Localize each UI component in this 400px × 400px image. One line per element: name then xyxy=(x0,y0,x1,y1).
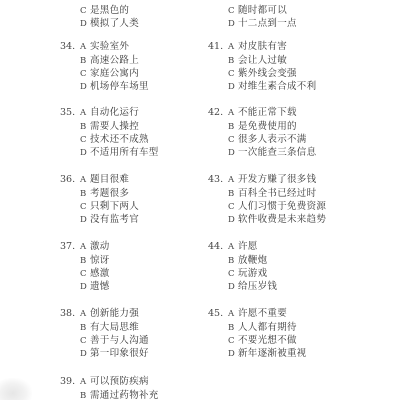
option-d: D没有监考官 xyxy=(80,213,139,226)
option-letter: D xyxy=(228,81,238,94)
option-b: B惊讶 xyxy=(80,254,110,267)
option-letter: D xyxy=(80,81,90,94)
question-number: 42. xyxy=(208,106,223,119)
option-text: 第一印象很好 xyxy=(90,348,149,359)
option-letter: D xyxy=(228,147,238,160)
option-text: 许愿 xyxy=(238,241,258,252)
option-text: 创新能力强 xyxy=(90,308,139,319)
option-text: 很多人表示不满 xyxy=(238,134,307,145)
option-a: A对皮肤有害 xyxy=(228,40,287,53)
question-number: 38. xyxy=(60,307,75,320)
option-text: 开发方赚了很多钱 xyxy=(238,174,316,185)
option-text: 十二点到一点 xyxy=(238,18,297,29)
option-b: B考题很多 xyxy=(80,187,129,200)
option-b: B是免费使用的 xyxy=(228,120,297,133)
option-text: 技术还不成熟 xyxy=(90,134,149,145)
option-c: C紫外线会变强 xyxy=(228,67,297,80)
option-text: 模拟了人类 xyxy=(90,18,139,29)
option-text: 对维生素合成不利 xyxy=(238,81,316,92)
question-number: 41. xyxy=(208,40,223,53)
option-text: 一次能查三条信息 xyxy=(238,147,316,158)
option-letter: A xyxy=(80,107,90,120)
option-d: D新年逐渐被重视 xyxy=(228,347,307,360)
option-text: 实验室外 xyxy=(90,41,129,52)
option-text: 软件收费是未来趋势 xyxy=(238,214,326,225)
option-text: 需通过药物补充 xyxy=(90,390,159,400)
option-text: 新年逐渐被重视 xyxy=(238,348,307,359)
option-letter: D xyxy=(228,281,238,294)
option-c: C感激 xyxy=(80,267,110,280)
option-d: D遗憾 xyxy=(80,280,110,293)
exam-page: C是黑色的 D模拟了人类 34. A实验室外 B高速公路上 C家庭公寓内 D机场… xyxy=(0,0,400,400)
option-c: C家庭公寓内 xyxy=(80,67,139,80)
option-text: 遗憾 xyxy=(90,281,110,292)
option-text: 不能正常下载 xyxy=(238,107,297,118)
option-letter: A xyxy=(80,241,90,254)
question-number: 37. xyxy=(60,240,75,253)
option-text: 是黑色的 xyxy=(90,5,129,16)
option-letter: A xyxy=(228,241,238,254)
option-text: 放鞭炮 xyxy=(238,255,267,266)
option-b: B高速公路上 xyxy=(80,54,139,67)
option-a: A实验室外 xyxy=(80,40,129,53)
option-text: 没有监考官 xyxy=(90,214,139,225)
option-letter: D xyxy=(228,18,238,31)
option-letter: D xyxy=(80,348,90,361)
option-c: C善于与人沟通 xyxy=(80,334,149,347)
option-c: C很多人表示不满 xyxy=(228,133,307,146)
option-letter: A xyxy=(80,376,90,389)
option-text: 善于与人沟通 xyxy=(90,335,149,346)
option-text: 考题很多 xyxy=(90,188,129,199)
option-b: B放鞭炮 xyxy=(228,254,267,267)
option-text: 可以预防疾病 xyxy=(90,376,149,387)
option-c: C不要光想不做 xyxy=(228,334,297,347)
option-a: A题目很难 xyxy=(80,173,129,186)
option-text: 自动化运行 xyxy=(90,107,139,118)
option-b: B需要人操控 xyxy=(80,120,139,133)
option-text: 给压岁钱 xyxy=(238,281,277,292)
option-letter: D xyxy=(228,348,238,361)
option-letter: B xyxy=(80,390,90,400)
option-text: 不适用所有车型 xyxy=(90,147,159,158)
option-text: 家庭公寓内 xyxy=(90,68,139,79)
option-c: C是黑色的 xyxy=(80,4,129,17)
option-d: D给压岁钱 xyxy=(228,280,277,293)
option-text: 对皮肤有害 xyxy=(238,41,287,52)
option-a: A激动 xyxy=(80,240,110,253)
option-text: 人们习惯于免费资源 xyxy=(238,201,326,212)
option-text: 紫外线会变强 xyxy=(238,68,297,79)
option-text: 玩游戏 xyxy=(238,268,267,279)
option-c: C玩游戏 xyxy=(228,267,267,280)
option-text: 惊讶 xyxy=(90,255,110,266)
option-d: D十二点到一点 xyxy=(228,17,297,30)
option-b: B人人都有期待 xyxy=(228,321,297,334)
option-text: 激动 xyxy=(90,241,110,252)
option-text: 随时都可以 xyxy=(238,5,287,16)
option-c: C技术还不成熟 xyxy=(80,133,149,146)
question-number: 39. xyxy=(60,375,75,388)
option-c: C人们习惯于免费资源 xyxy=(228,200,326,213)
option-d: D第一印象很好 xyxy=(80,347,149,360)
option-d: D模拟了人类 xyxy=(80,17,139,30)
option-a: A许愿不重要 xyxy=(228,307,287,320)
option-b: B会让人过敏 xyxy=(228,54,287,67)
question-number: 34. xyxy=(60,40,75,53)
option-text: 会让人过敏 xyxy=(238,55,287,66)
option-text: 机场停车场里 xyxy=(90,81,149,92)
option-a: A自动化运行 xyxy=(80,106,139,119)
scan-smudge xyxy=(0,378,32,400)
option-b: B百科全书已经过时 xyxy=(228,187,316,200)
option-letter: D xyxy=(80,147,90,160)
question-number: 43. xyxy=(208,173,223,186)
option-a: A开发方赚了很多钱 xyxy=(228,173,316,186)
option-letter: A xyxy=(228,107,238,120)
option-letter: D xyxy=(228,214,238,227)
option-d: D机场停车场里 xyxy=(80,80,149,93)
option-text: 人人都有期待 xyxy=(238,322,297,333)
option-text: 有大局思维 xyxy=(90,322,139,333)
option-text: 高速公路上 xyxy=(90,55,139,66)
option-b: B需通过药物补充 xyxy=(80,389,159,400)
question-number: 44. xyxy=(208,240,223,253)
option-text: 许愿不重要 xyxy=(238,308,287,319)
option-letter: A xyxy=(80,308,90,321)
option-text: 是免费使用的 xyxy=(238,121,297,132)
option-d: D一次能查三条信息 xyxy=(228,146,316,159)
option-letter: A xyxy=(80,174,90,187)
option-a: A可以预防疾病 xyxy=(80,375,149,388)
option-letter: D xyxy=(80,214,90,227)
option-letter: A xyxy=(228,174,238,187)
question-number: 45. xyxy=(208,307,223,320)
option-a: A创新能力强 xyxy=(80,307,139,320)
option-letter: D xyxy=(80,18,90,31)
option-letter: D xyxy=(80,281,90,294)
option-text: 感激 xyxy=(90,268,110,279)
option-letter: A xyxy=(80,41,90,54)
option-text: 题目很难 xyxy=(90,174,129,185)
option-text: 百科全书已经过时 xyxy=(238,188,316,199)
option-a: A许愿 xyxy=(228,240,258,253)
option-a: A不能正常下载 xyxy=(228,106,297,119)
option-letter: A xyxy=(228,41,238,54)
option-text: 需要人操控 xyxy=(90,121,139,132)
option-c: C只剩下两人 xyxy=(80,200,139,213)
option-c: C随时都可以 xyxy=(228,4,287,17)
option-b: B有大局思维 xyxy=(80,321,139,334)
option-d: D对维生素合成不利 xyxy=(228,80,316,93)
option-d: D软件收费是未来趋势 xyxy=(228,213,326,226)
question-number: 36. xyxy=(60,173,75,186)
option-text: 只剩下两人 xyxy=(90,201,139,212)
option-letter: A xyxy=(228,308,238,321)
question-number: 35. xyxy=(60,106,75,119)
option-d: D不适用所有车型 xyxy=(80,146,159,159)
option-text: 不要光想不做 xyxy=(238,335,297,346)
